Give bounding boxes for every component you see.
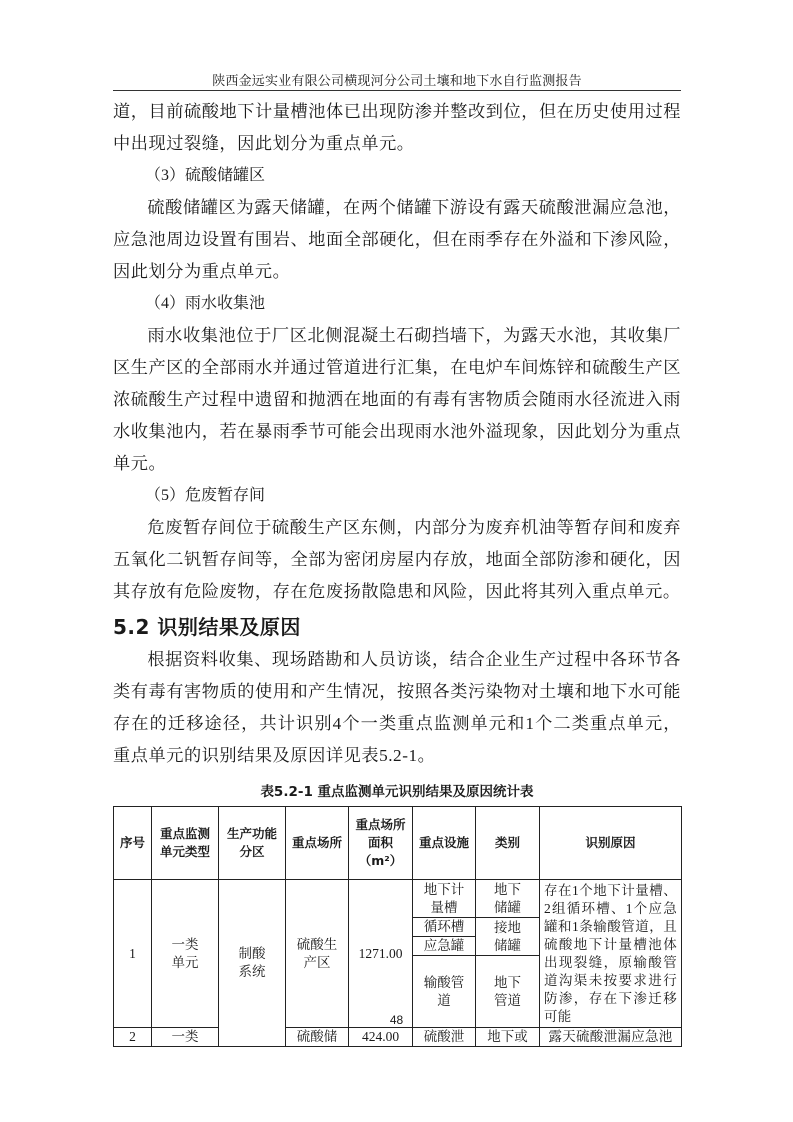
section-heading: 5.2 识别结果及原因 (113, 612, 681, 642)
table-row: 1 一类单元 制酸系统 硫酸生产区 1271.00 地下计量槽 地下储罐 存在1… (114, 880, 682, 918)
cell-site: 硫酸储 (286, 1028, 349, 1047)
cell-category: 接地储罐 (476, 918, 540, 956)
cell-unit-type: 一类 (152, 1028, 219, 1047)
table-row: 2 一类 硫酸储 424.00 硫酸泄 地下或 露天硫酸泄漏应急池 (114, 1028, 682, 1047)
page-number: 48 (0, 1013, 793, 1027)
cell-reason: 存在1个地下计量槽、2组循环槽、1个应急罐和1条输酸管道，且硫酸地下计量槽池体出… (540, 880, 682, 1028)
key-unit-table: 序号 重点监测单元类型 生产功能分区 重点场所 重点场所面积（m²） 重点设施 … (113, 806, 682, 1047)
cell-area: 1271.00 (349, 880, 413, 1028)
table-header-row: 序号 重点监测单元类型 生产功能分区 重点场所 重点场所面积（m²） 重点设施 … (114, 807, 682, 880)
item-heading-rainwater-pool: （4）雨水收集池 (113, 288, 681, 320)
cell-category: 地下储罐 (476, 880, 540, 918)
header-reason: 识别原因 (540, 807, 682, 880)
cell-facility: 循环槽 (413, 918, 476, 937)
item-text-storage-tank-area: 硫酸储罐区为露天储罐，在两个储罐下游设有露天硫酸泄漏应急池，应急池周边设置有围岩… (113, 192, 681, 288)
cell-facility: 硫酸泄 (413, 1028, 476, 1047)
header-unit-type: 重点监测单元类型 (152, 807, 219, 880)
header-area: 重点场所面积（m²） (349, 807, 413, 880)
page-content: 道，目前硫酸地下计量槽池体已出现防渗并整改到位，但在历史使用过程中出现过裂缝，因… (113, 96, 681, 1047)
cell-category: 地下或 (476, 1028, 540, 1047)
item-heading-hazardous-waste-storage: （5）危废暂存间 (113, 480, 681, 512)
item-text-hazardous-waste-storage: 危废暂存间位于硫酸生产区东侧，内部分为废弃机油等暂存间和废弃五氧化二钒暂存间等，… (113, 512, 681, 608)
cell-index: 1 (114, 880, 152, 1028)
cell-site: 硫酸生产区 (286, 880, 349, 1028)
header-site: 重点场所 (286, 807, 349, 880)
table-caption: 表5.2-1 重点监测单元识别结果及原因统计表 (113, 780, 681, 800)
cell-reason: 露天硫酸泄漏应急池 (540, 1028, 682, 1047)
header-divider (113, 90, 681, 91)
header-category: 类别 (476, 807, 540, 880)
continued-paragraph: 道，目前硫酸地下计量槽池体已出现防渗并整改到位，但在历史使用过程中出现过裂缝，因… (113, 96, 681, 160)
document-header: 陕西金远实业有限公司横现河分公司土壤和地下水自行监测报告 (113, 70, 681, 89)
item-heading-storage-tank-area: （3）硫酸储罐区 (113, 160, 681, 192)
item-text-rainwater-pool: 雨水收集池位于厂区北侧混凝土石砌挡墙下，为露天水池，其收集厂区生产区的全部雨水并… (113, 320, 681, 480)
section-paragraph: 根据资料收集、现场踏勘和人员访谈，结合企业生产过程中各环节各类有毒有害物质的使用… (113, 644, 681, 772)
header-index: 序号 (114, 807, 152, 880)
cell-index: 2 (114, 1028, 152, 1047)
cell-facility: 地下计量槽 (413, 880, 476, 918)
header-facility: 重点设施 (413, 807, 476, 880)
cell-area: 424.00 (349, 1028, 413, 1047)
header-zone: 生产功能分区 (219, 807, 286, 880)
cell-unit-type: 一类单元 (152, 880, 219, 1028)
cell-facility: 应急罐 (413, 937, 476, 956)
